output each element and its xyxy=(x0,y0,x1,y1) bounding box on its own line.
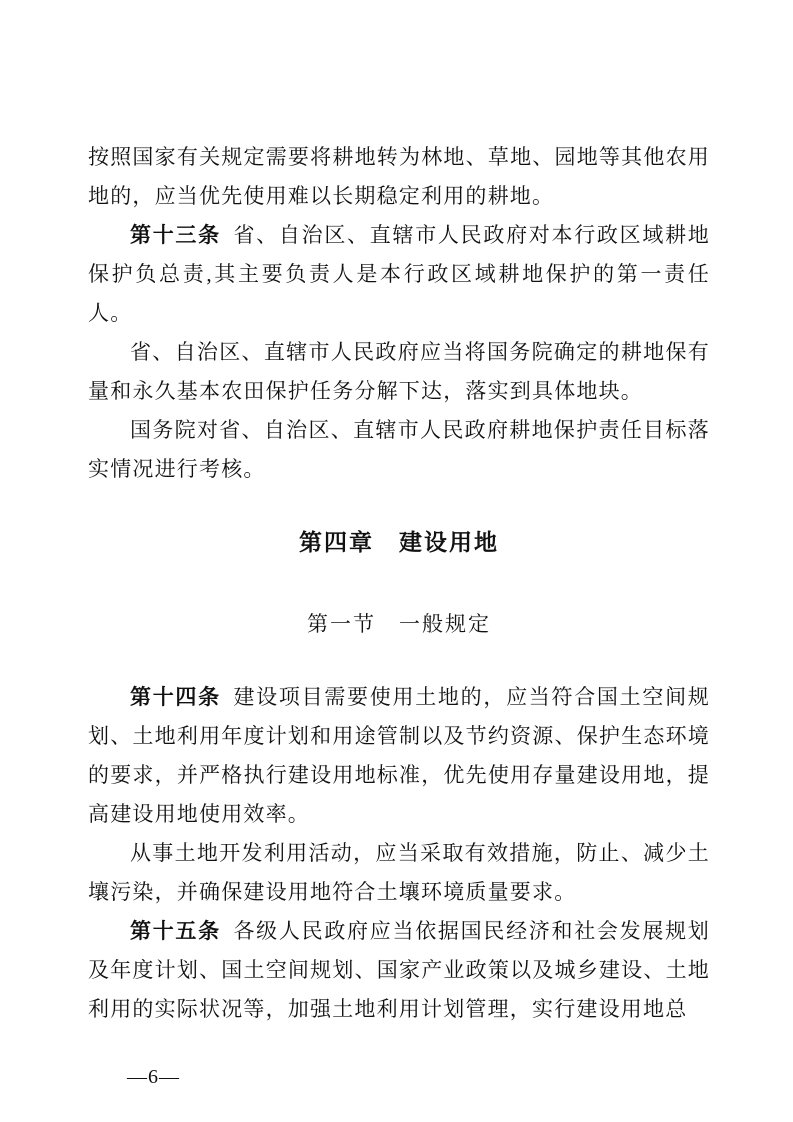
paragraph: 省、自治区、直辖市人民政府应当将国务院确定的耕地保有量和永久基本农田保护任务分解… xyxy=(88,333,710,411)
article-number: 第十三条 xyxy=(130,223,221,247)
document-page: 按照国家有关规定需要将耕地转为林地、草地、园地等其他农用地的，应当优先使用难以长… xyxy=(0,0,793,1122)
paragraph: 第十五条各级人民政府应当依据国民经济和社会发展规划及年度计划、国土空间规划、国家… xyxy=(88,912,710,1029)
document-body: 按照国家有关规定需要将耕地转为林地、草地、园地等其他农用地的，应当优先使用难以长… xyxy=(88,138,710,1029)
paragraph: 第十四条建设项目需要使用土地的，应当符合国土空间规划、土地利用年度计划和用途管制… xyxy=(88,678,710,834)
section-heading: 第一节 一般规定 xyxy=(88,604,710,644)
paragraph: 国务院对省、自治区、直辖市人民政府耕地保护责任目标落实情况进行考核。 xyxy=(88,411,710,489)
paragraph: 按照国家有关规定需要将耕地转为林地、草地、园地等其他农用地的，应当优先使用难以长… xyxy=(88,138,710,216)
paragraph-text: 国务院对省、自治区、直辖市人民政府耕地保护责任目标落实情况进行考核。 xyxy=(88,418,710,481)
paragraph: 第十三条省、自治区、直辖市人民政府对本行政区域耕地保护负总责,其主要负责人是本行… xyxy=(88,216,710,333)
chapter-heading: 第四章 建设用地 xyxy=(88,523,710,563)
paragraph-text: 省、自治区、直辖市人民政府应当将国务院确定的耕地保有量和永久基本农田保护任务分解… xyxy=(88,340,710,403)
article-number: 第十四条 xyxy=(130,685,221,709)
paragraph: 从事土地开发利用活动，应当采取有效措施，防止、减少土壤污染，并确保建设用地符合土… xyxy=(88,834,710,912)
article-number: 第十五条 xyxy=(130,919,221,943)
paragraph-text: 从事土地开发利用活动，应当采取有效措施，防止、减少土壤污染，并确保建设用地符合土… xyxy=(88,841,710,904)
page-number: —6— xyxy=(127,1066,180,1089)
paragraph-text: 按照国家有关规定需要将耕地转为林地、草地、园地等其他农用地的，应当优先使用难以长… xyxy=(88,145,710,208)
